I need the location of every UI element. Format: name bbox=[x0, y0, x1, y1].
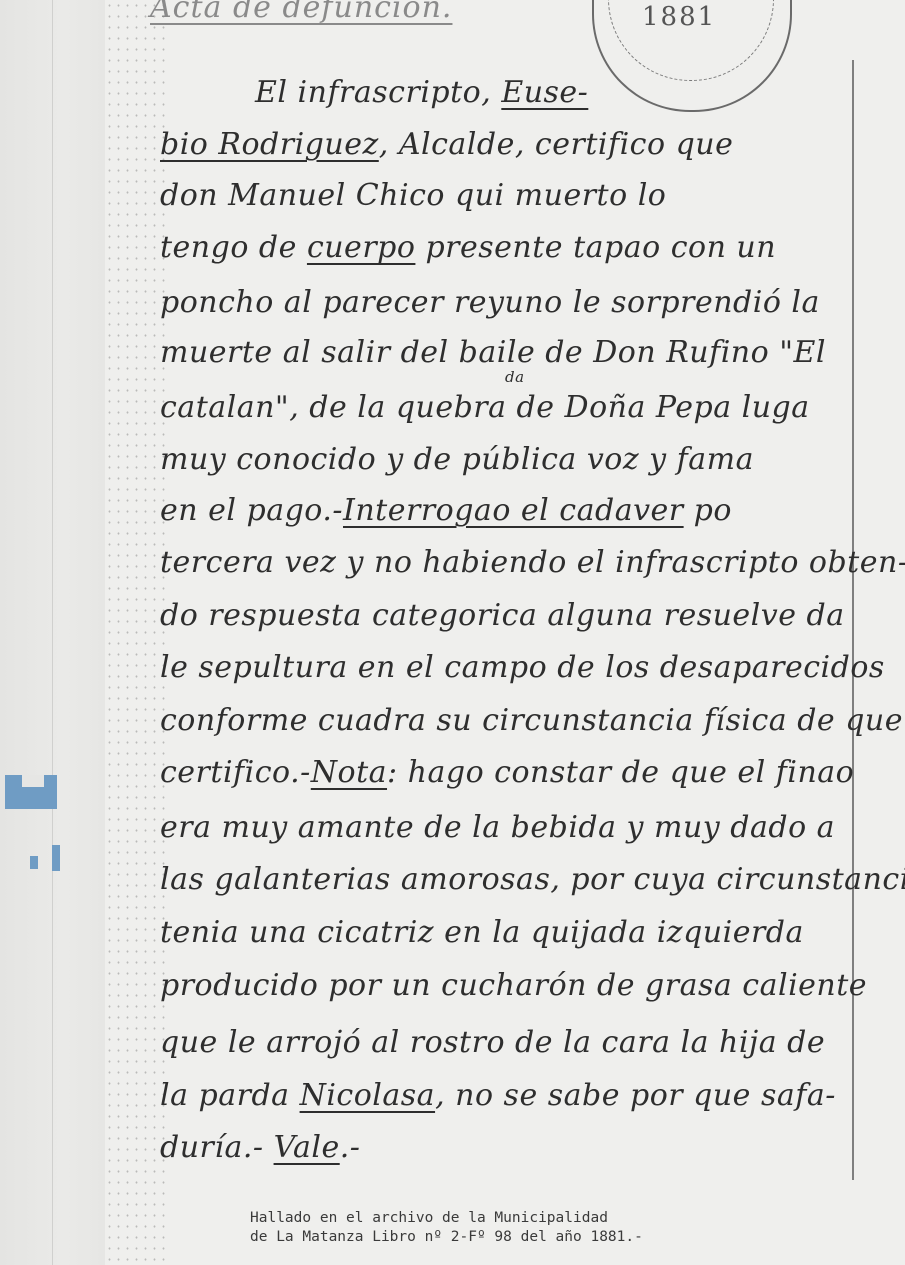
interlinear-note: da bbox=[505, 368, 525, 386]
text-line: bio Rodriguez, Alcalde, certifico que bbox=[160, 127, 733, 162]
text-line: le sepultura en el campo de los desapare… bbox=[160, 650, 885, 685]
text-line: la parda Nicolasa, no se sabe por que sa… bbox=[160, 1078, 836, 1113]
text-line: conforme cuadra su circunstancia física … bbox=[160, 703, 903, 738]
text-line: en el pago.-Interrogao el cadaver po bbox=[160, 493, 732, 528]
text-line: tenia una cicatriz en la quijada izquier… bbox=[160, 915, 804, 950]
text-line: do respuesta categorica alguna resuelve … bbox=[160, 598, 845, 633]
text-line: que le arrojó al rostro de la cara la hi… bbox=[160, 1025, 825, 1060]
text-line: duría.- Vale.- bbox=[160, 1130, 360, 1165]
archive-note-line-2: de La Matanza Libro nº 2-Fº 98 del año 1… bbox=[250, 1228, 643, 1247]
margin-blue-mark bbox=[30, 856, 38, 869]
seal-year: 1881 bbox=[642, 2, 716, 32]
text-line: producido por un cucharón de grasa calie… bbox=[160, 968, 867, 1003]
text-line: era muy amante de la bebida y muy dado a bbox=[160, 810, 835, 845]
paper-speckle bbox=[105, 0, 165, 1265]
text-line: las galanterias amorosas, por cuya circu… bbox=[160, 862, 905, 897]
text-line: catalan", de la quebra de Doña Pepa luga bbox=[160, 390, 810, 425]
margin-blue-mark bbox=[52, 845, 60, 871]
text-line: tengo de cuerpo presente tapao con un bbox=[160, 230, 776, 265]
document-title: Acta de defunción. bbox=[150, 0, 452, 25]
text-line: don Manuel Chico qui muerto lo bbox=[160, 178, 666, 213]
text-line: muy conocido y de pública voz y fama bbox=[160, 442, 754, 477]
text-line: muerte al salir del baile de Don Rufino … bbox=[160, 335, 826, 370]
right-margin-rule bbox=[852, 60, 854, 1180]
text-line: El infrascripto, Euse- bbox=[255, 75, 588, 110]
text-line: tercera vez y no habiendo el infrascript… bbox=[160, 545, 905, 580]
margin-blue-mark bbox=[5, 775, 57, 809]
typed-archive-note: Hallado en el archivo de la Municipalida… bbox=[250, 1209, 643, 1247]
archive-note-line-1: Hallado en el archivo de la Municipalida… bbox=[250, 1209, 643, 1228]
fold-line bbox=[52, 0, 53, 1265]
text-line: certifico.-Nota: hago constar de que el … bbox=[160, 755, 854, 790]
text-line: poncho al parecer reyuno le sorprendió l… bbox=[160, 285, 820, 320]
